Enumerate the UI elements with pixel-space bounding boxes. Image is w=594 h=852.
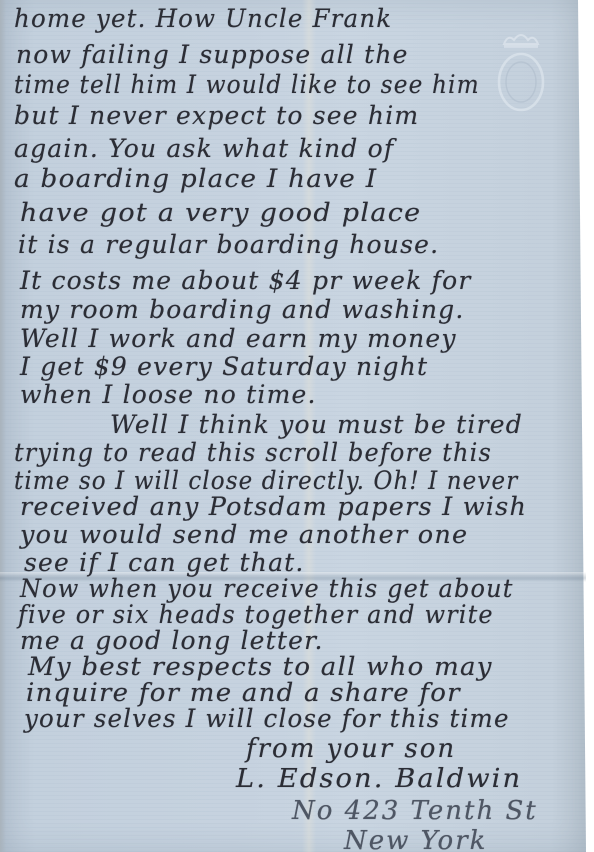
- letter-line: see if I can get that.: [24, 548, 305, 577]
- letter-line: Now when you receive this get about: [20, 574, 514, 603]
- letter-line: have got a very good place: [20, 198, 421, 227]
- address-city: New York: [344, 826, 487, 852]
- address-street: No 423 Tenth St: [292, 796, 538, 826]
- letter-line: your selves I will close for this time: [24, 704, 510, 733]
- closing-salutation: from your son: [246, 734, 456, 764]
- letter-line: it is a regular boarding house.: [18, 230, 439, 259]
- letter-line: a boarding place I have I: [14, 164, 377, 193]
- signature: L. Edson. Baldwin: [236, 764, 522, 794]
- letter-line: now failing I suppose all the: [16, 40, 409, 69]
- paper-left-edge: [0, 0, 6, 852]
- letter-line: time so I will close directly. Oh! I nev…: [14, 466, 518, 495]
- letter-line: you would send me another one: [20, 520, 468, 549]
- letter-line: but I never expect to see him: [14, 101, 419, 130]
- letter-line: inquire for me and a share for: [26, 678, 461, 707]
- letter-page: home yet. How Uncle Frank now failing I …: [0, 0, 594, 852]
- letter-line: again. You ask what kind of: [14, 134, 394, 163]
- letter-line: five or six heads together and write: [18, 600, 494, 629]
- letter-line: my room boarding and washing.: [20, 295, 464, 324]
- letter-line: when I loose no time.: [20, 380, 317, 409]
- letter-line: My best respects to all who may: [28, 652, 493, 681]
- letter-line: It costs me about $4 pr week for: [20, 266, 471, 295]
- letter-line: trying to read this scroll before this: [14, 438, 492, 467]
- letter-line: I get $9 every Saturday night: [20, 352, 428, 381]
- letter-line: received any Potsdam papers I wish: [20, 492, 527, 521]
- letter-line: Well I think you must be tired: [110, 410, 523, 439]
- embossed-crest-icon: [494, 30, 548, 120]
- letter-line: home yet. How Uncle Frank: [14, 4, 392, 33]
- letter-line: time tell him I would like to see him: [14, 70, 480, 99]
- letter-line: Well I work and earn my money: [20, 324, 457, 353]
- letter-line: me a good long letter.: [20, 626, 324, 655]
